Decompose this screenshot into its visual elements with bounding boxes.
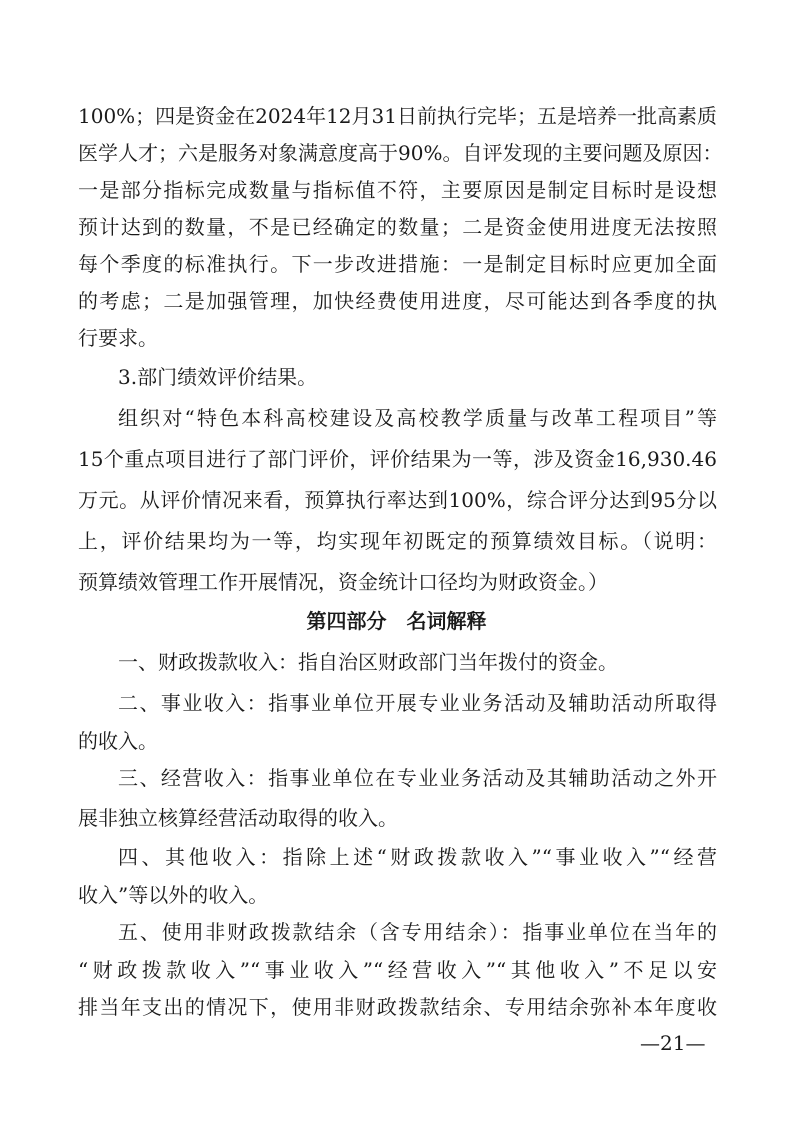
text-line: 15个重点项目进行了部门评价，评价结果为一等，涉及资金16,930.46	[78, 444, 717, 474]
text-line: 的考虑；二是加强管理，加快经费使用进度，尽可能达到各季度的执	[78, 286, 717, 316]
definition-line: 的收入。	[78, 726, 717, 756]
text-line: 医学人才；六是服务对象满意度高于90%。自评发现的主要问题及原因：	[78, 138, 717, 168]
text-line: 上，评价结果均为一等，均实现年初既定的预算绩效目标。（说明：	[78, 526, 717, 556]
document-page: 100%；四是资金在2024年12月31日前执行完毕；五是培养一批高素质医学人才…	[0, 0, 793, 1122]
definition-line: 排当年支出的情况下，使用非财政拨款结余、专用结余弥补本年度收	[78, 992, 717, 1022]
definition-line: 五、使用非财政拨款结余（含专用结余）：指事业单位在当年的	[118, 917, 717, 947]
text-line: 行要求。	[78, 323, 717, 353]
definition-line: 收入”等以外的收入。	[78, 880, 717, 910]
text-line: 预计达到的数量，不是已经确定的数量；二是资金使用进度无法按照	[78, 212, 717, 242]
section-heading: 第四部分 名词解释	[0, 606, 793, 636]
text-line: 组织对“特色本科高校建设及高校教学质量与改革工程项目”等	[118, 403, 717, 433]
text-line: 100%；四是资金在2024年12月31日前执行完毕；五是培养一批高素质	[78, 101, 717, 131]
text-line: 每个季度的标准执行。下一步改进措施：一是制定目标时应更加全面	[78, 249, 717, 279]
text-line: 预算绩效管理工作开展情况，资金统计口径均为财政资金。）	[78, 567, 717, 597]
definition-line: 四、其他收入：指除上述“财政拨款收入”“事业收入”“经营	[118, 842, 717, 872]
page-number: —21—	[640, 1028, 705, 1058]
text-line: 一是部分指标完成数量与指标值不符，主要原因是制定目标时是设想	[78, 175, 717, 205]
text-line: 3.部门绩效评价结果。	[118, 362, 717, 392]
definition-line: “财政拨款收入”“事业收入”“经营收入”“其他收入”不足以安	[78, 955, 717, 985]
definition-line: 一、财政拨款收入：指自治区财政部门当年拨付的资金。	[118, 647, 717, 677]
text-line: 万元。从评价情况来看，预算执行率达到100%，综合评分达到95分以	[78, 485, 717, 515]
definition-line: 二、事业收入：指事业单位开展专业业务活动及辅助活动所取得	[118, 688, 717, 718]
definition-line: 展非独立核算经营活动取得的收入。	[78, 803, 717, 833]
definition-line: 三、经营收入：指事业单位在专业业务活动及其辅助活动之外开	[118, 763, 717, 793]
